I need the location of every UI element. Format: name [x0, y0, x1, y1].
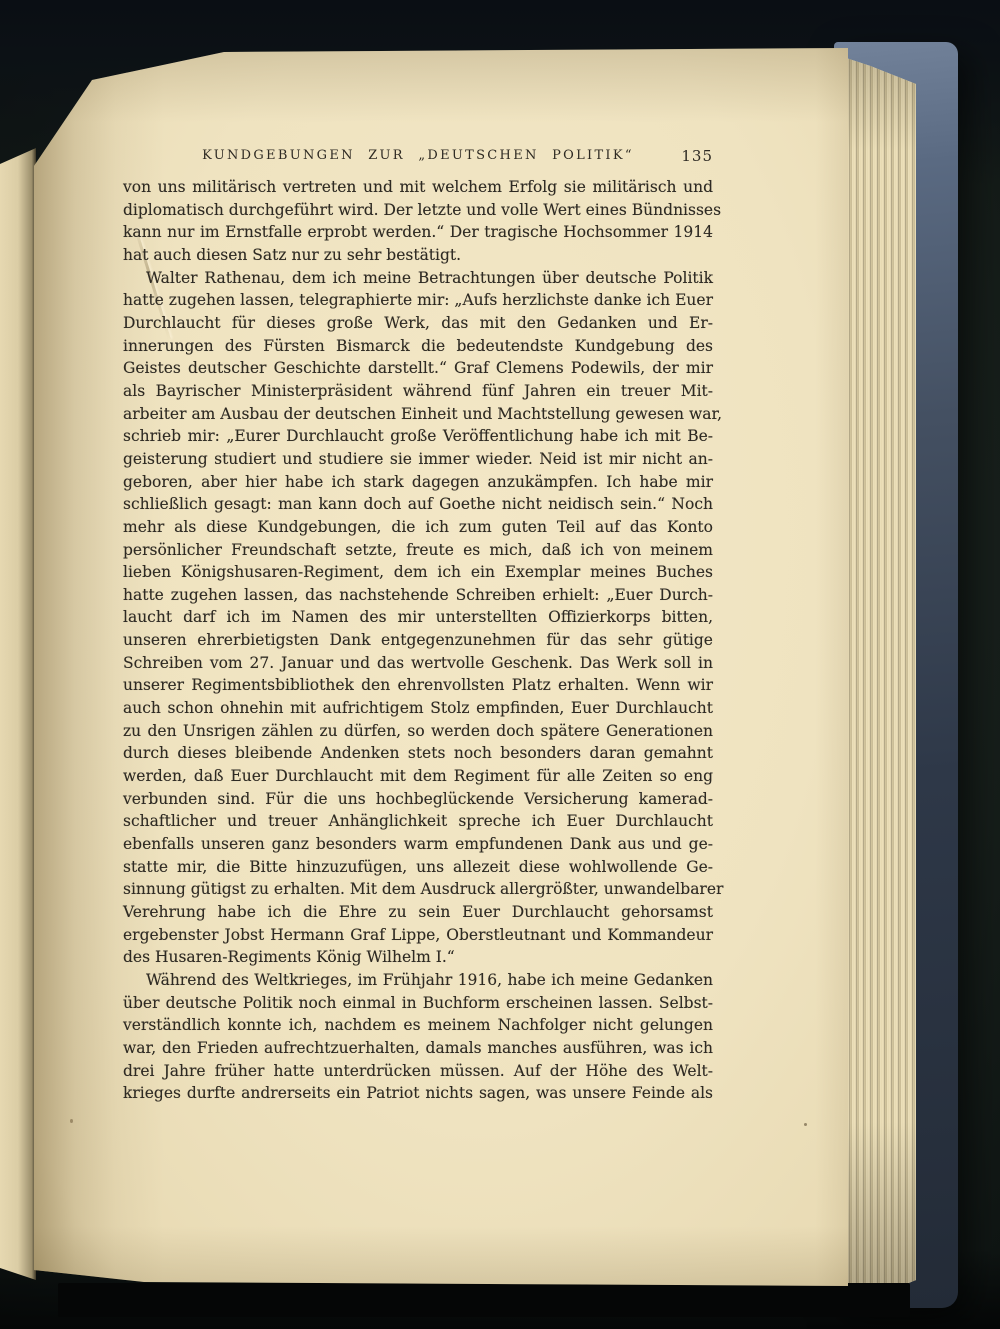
text-line: über deutsche Politik noch einmal in Buc…	[123, 992, 713, 1015]
text-line: Durchlaucht für dieses große Werk, das m…	[123, 312, 713, 335]
text-line: arbeiter am Ausbau der deutschen Einheit…	[123, 403, 713, 426]
text-line: hat auch diesen Satz nur zu sehr bestäti…	[123, 244, 713, 267]
text-line: schaftlicher und treuer Anhänglichkeit s…	[123, 810, 713, 833]
text-line: geisterung studiert und studiere sie imm…	[123, 448, 713, 471]
text-line: innerungen des Fürsten Bismarck die bede…	[123, 335, 713, 358]
text-line: schrieb mir: „Eurer Durchlaucht große Ve…	[123, 425, 713, 448]
book-page: KUNDGEBUNGEN ZUR „DEUTSCHEN POLITIK“ 135…	[34, 48, 848, 1288]
text-line: lieben Königshusaren-Regiment, dem ich e…	[123, 561, 713, 584]
text-line: geboren, aber hier habe ich stark dagege…	[123, 471, 713, 494]
text-line: unserer Regimentsbibliothek den ehrenvol…	[123, 674, 713, 697]
text-line: werden, daß Euer Durchlaucht mit dem Reg…	[123, 765, 713, 788]
text-line: Schreiben vom 27. Januar und das wertvol…	[123, 652, 713, 675]
running-header: KUNDGEBUNGEN ZUR „DEUTSCHEN POLITIK“ 135	[123, 148, 713, 168]
paper-speck	[70, 1119, 73, 1123]
page-bottom-shadow	[58, 1283, 910, 1317]
text-line: Walter Rathenau, dem ich meine Betrachtu…	[123, 267, 713, 290]
body-text: von uns militärisch vertreten und mit we…	[123, 176, 713, 1105]
text-line: hatte zugehen lassen, das nachstehende S…	[123, 584, 713, 607]
text-line: mehr als diese Kundgebungen, die ich zum…	[123, 516, 713, 539]
facing-page-edge	[0, 148, 36, 1280]
text-line: durch dieses bleibende Andenken stets no…	[123, 742, 713, 765]
text-line: laucht darf ich im Namen des mir unterst…	[123, 606, 713, 629]
text-line: ebenfalls unseren ganz besonders warm em…	[123, 833, 713, 856]
text-line: hatte zugehen lassen, telegraphierte mir…	[123, 289, 713, 312]
text-line: verständlich konnte ich, nachdem es mein…	[123, 1014, 713, 1037]
text-line: Verehrung habe ich die Ehre zu sein Euer…	[123, 901, 713, 924]
text-line: zu den Unsrigen zählen zu dürfen, so wer…	[123, 720, 713, 743]
text-line: ergebenster Jobst Hermann Graf Lippe, Ob…	[123, 924, 713, 947]
text-line: krieges durfte andrerseits ein Patriot n…	[123, 1082, 713, 1105]
text-line: persönlicher Freundschaft setzte, freute…	[123, 539, 713, 562]
text-line: von uns militärisch vertreten und mit we…	[123, 176, 713, 199]
text-line: sinnung gütigst zu erhalten. Mit dem Aus…	[123, 878, 713, 901]
chapter-title: KUNDGEBUNGEN ZUR „DEUTSCHEN POLITIK“	[202, 148, 634, 163]
text-line: als Bayrischer Ministerpräsident während…	[123, 380, 713, 403]
text-line: verbunden sind. Für die uns hochbeglücke…	[123, 788, 713, 811]
book-photo: KUNDGEBUNGEN ZUR „DEUTSCHEN POLITIK“ 135…	[0, 0, 1000, 1329]
text-line: schließlich gesagt: man kann doch auf Go…	[123, 493, 713, 516]
text-line: Während des Weltkrieges, im Frühjahr 191…	[123, 969, 713, 992]
text-line: drei Jahre früher hatte unterdrücken müs…	[123, 1060, 713, 1083]
text-line: Geistes deutscher Geschichte darstellt.“…	[123, 357, 713, 380]
text-line: auch schon ohnehin mit aufrichtigem Stol…	[123, 697, 713, 720]
text-line: kann nur im Ernstfalle erprobt werden.“ …	[123, 221, 713, 244]
paper-speck	[804, 1123, 807, 1126]
page-number: 135	[681, 147, 713, 165]
text-line: statte mir, die Bitte hinzuzufügen, uns …	[123, 856, 713, 879]
text-line: war, den Frieden aufrechtzuerhalten, dam…	[123, 1037, 713, 1060]
page-stack-edge	[840, 52, 916, 1296]
text-line: des Husaren-Regiments König Wilhelm I.“	[123, 946, 713, 969]
text-block: KUNDGEBUNGEN ZUR „DEUTSCHEN POLITIK“ 135…	[123, 148, 713, 1105]
text-line: diplomatisch durchgeführt wird. Der letz…	[123, 199, 713, 222]
text-line: unseren ehrerbietigsten Dank entgegenzun…	[123, 629, 713, 652]
